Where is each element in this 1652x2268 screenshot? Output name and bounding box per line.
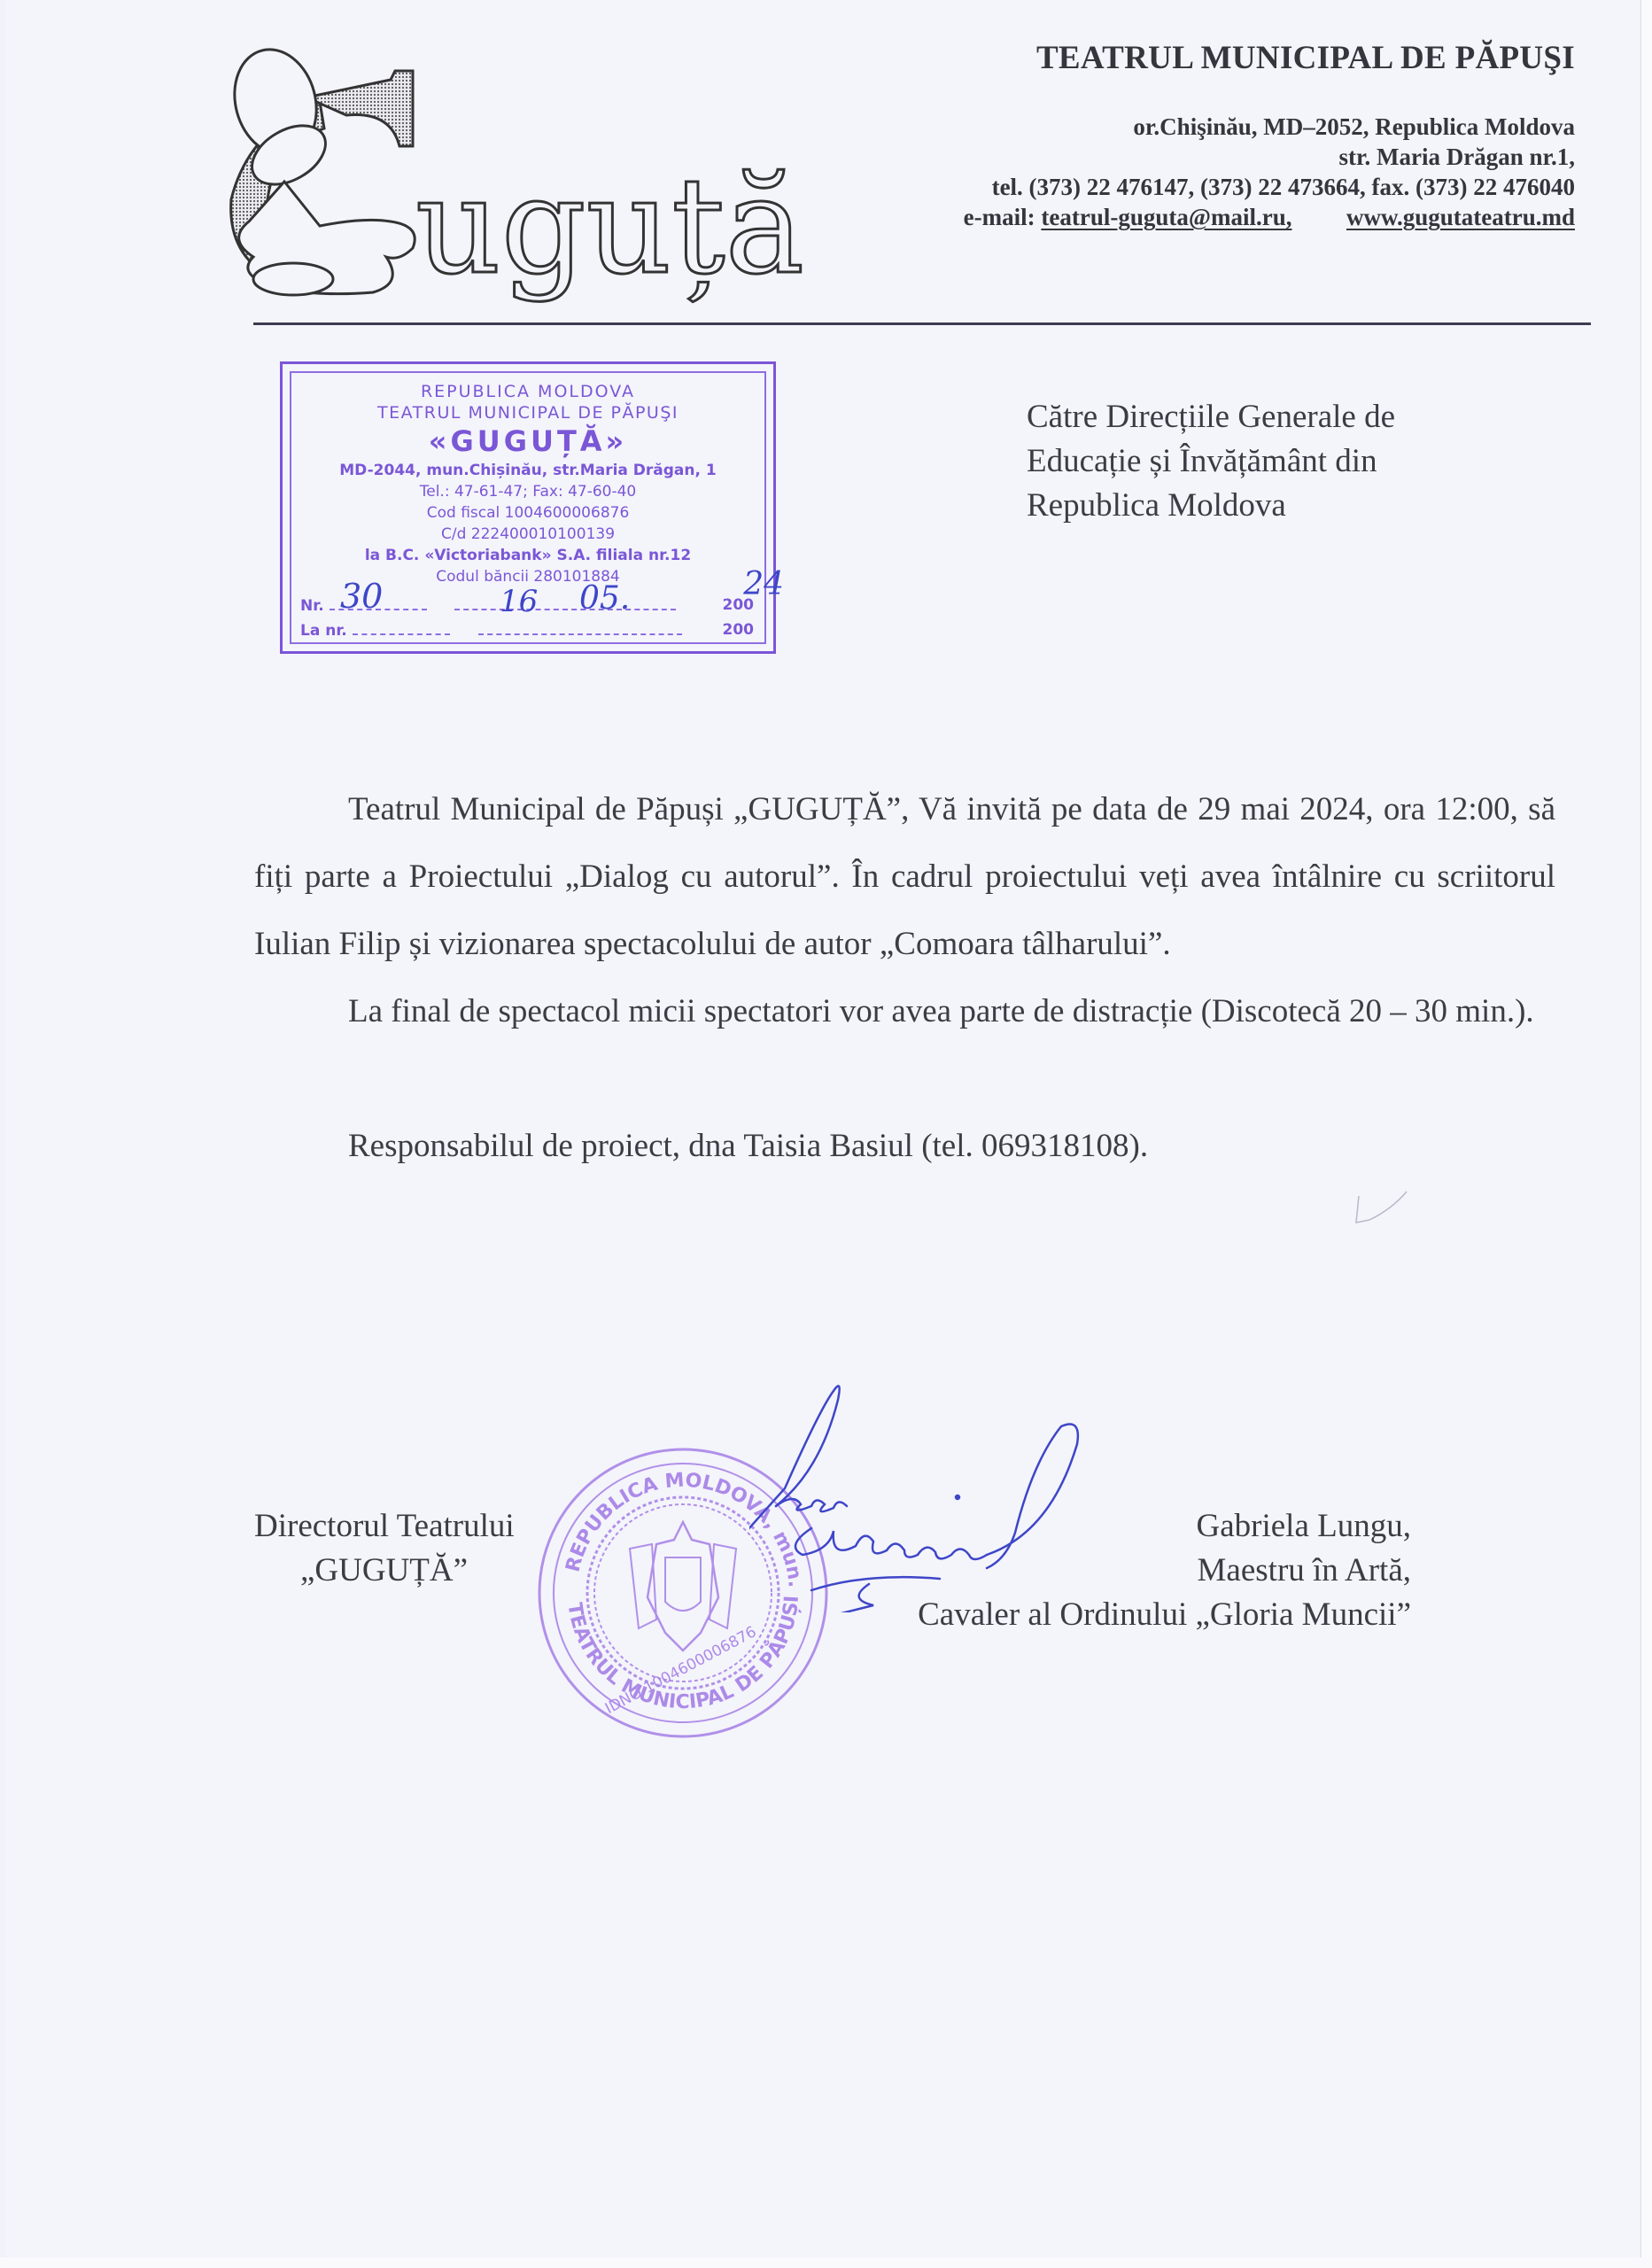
letterhead-address-1: or.Chişinău, MD–2052, Republica Moldova [778,112,1575,142]
signatory-honor-1: Maestru în Artă, [918,1549,1411,1593]
letter-page: uguță TEATRUL MUNICIPAL DE PĂPUŞI or.Chi… [5,0,1641,2257]
letterhead-phones: tel. (373) 22 476147, (373) 22 473664, f… [778,172,1575,202]
paragraph-invitation: Teatrul Municipal de Păpuși „GUGUȚĂ”, Vă… [254,776,1555,978]
paragraph-responsible: Responsabilul de proiect, dna Taisia Bas… [254,1113,1555,1180]
stamp-line-account: C/d 222400010100139 [283,525,773,543]
email-label: e-mail: [964,204,1035,230]
signatory-name-block: Gabriela Lungu, Maestru în Artă, Cavaler… [918,1504,1411,1637]
letterhead-title: TEATRUL MUNICIPAL DE PĂPUŞI [778,35,1575,82]
stamp-line-bank: la B.C. «Victoriabank» S.A. filiala nr.1… [283,547,773,564]
letterhead-contact: e-mail: teatrul-guguta@mail.ru, www.gugu… [778,202,1575,232]
stamp-row-la-nr: La nr. 200 [300,621,754,640]
guguta-logo: uguță [213,40,825,306]
handwritten-year: 24 [743,566,784,602]
signatory-title-block: Directorul Teatrului „GUGUȚĂ” [254,1504,515,1593]
la-nr-year: 200 [723,621,755,639]
registration-stamp: REPUBLICA MOLDOVA TEATRUL MUNICIPAL DE P… [280,361,776,654]
letterhead-address-2: str. Maria Drăgan nr.1, [778,142,1575,172]
nr-label: Nr. [300,597,324,615]
signatory-honor-2: Cavaler al Ordinului „Gloria Muncii” [918,1593,1411,1637]
website-link[interactable]: www.gugutateatru.md [1346,204,1575,230]
header-divider [253,322,1591,325]
stamp-line-institution: TEATRUL MUNICIPAL DE PĂPUŞI [283,403,773,423]
paragraph-entertainment: La final de spectacol micii spectatori v… [254,978,1555,1045]
recipient-line-2: Educație și Învățământ din [1027,439,1523,484]
pencil-check-mark [1352,1187,1414,1227]
stamp-line-name: «GUGUȚĂ» [283,424,773,458]
signatory-institution: „GUGUȚĂ” [254,1549,515,1593]
la-nr-label: La nr. [300,622,347,640]
logo-wordmark: uguță [415,150,804,304]
letterhead: TEATRUL MUNICIPAL DE PĂPUŞI or.Chişinău,… [778,35,1575,232]
signatory-position: Directorul Teatrului [254,1504,515,1549]
stamp-line-address: MD-2044, mun.Chișinău, str.Maria Drăgan,… [283,462,773,479]
recipient-line-1: Către Direcțiile Generale de [1027,395,1523,439]
signatory-name: Gabriela Lungu, [918,1504,1411,1549]
scan-edge-right [1640,0,1652,2268]
stamp-line-fiscal: Cod fiscal 1004600006876 [283,504,773,522]
handwritten-day: 16 [500,584,538,619]
stamp-line-phone: Tel.: 47-61-47; Fax: 47-60-40 [283,483,773,501]
stamp-line-country: REPUBLICA MOLDOVA [283,382,773,401]
handwritten-number: 30 [340,577,383,616]
letter-body: Teatrul Municipal de Păpuși „GUGUȚĂ”, Vă… [254,776,1555,1180]
scan-edge-bottom [0,2257,1652,2268]
recipient-line-3: Republica Moldova [1027,484,1523,528]
handwritten-month: 05. [579,580,630,617]
email-link[interactable]: teatrul-guguta@mail.ru, [1041,204,1291,230]
recipient-block: Către Direcțiile Generale de Educație și… [1027,395,1523,528]
